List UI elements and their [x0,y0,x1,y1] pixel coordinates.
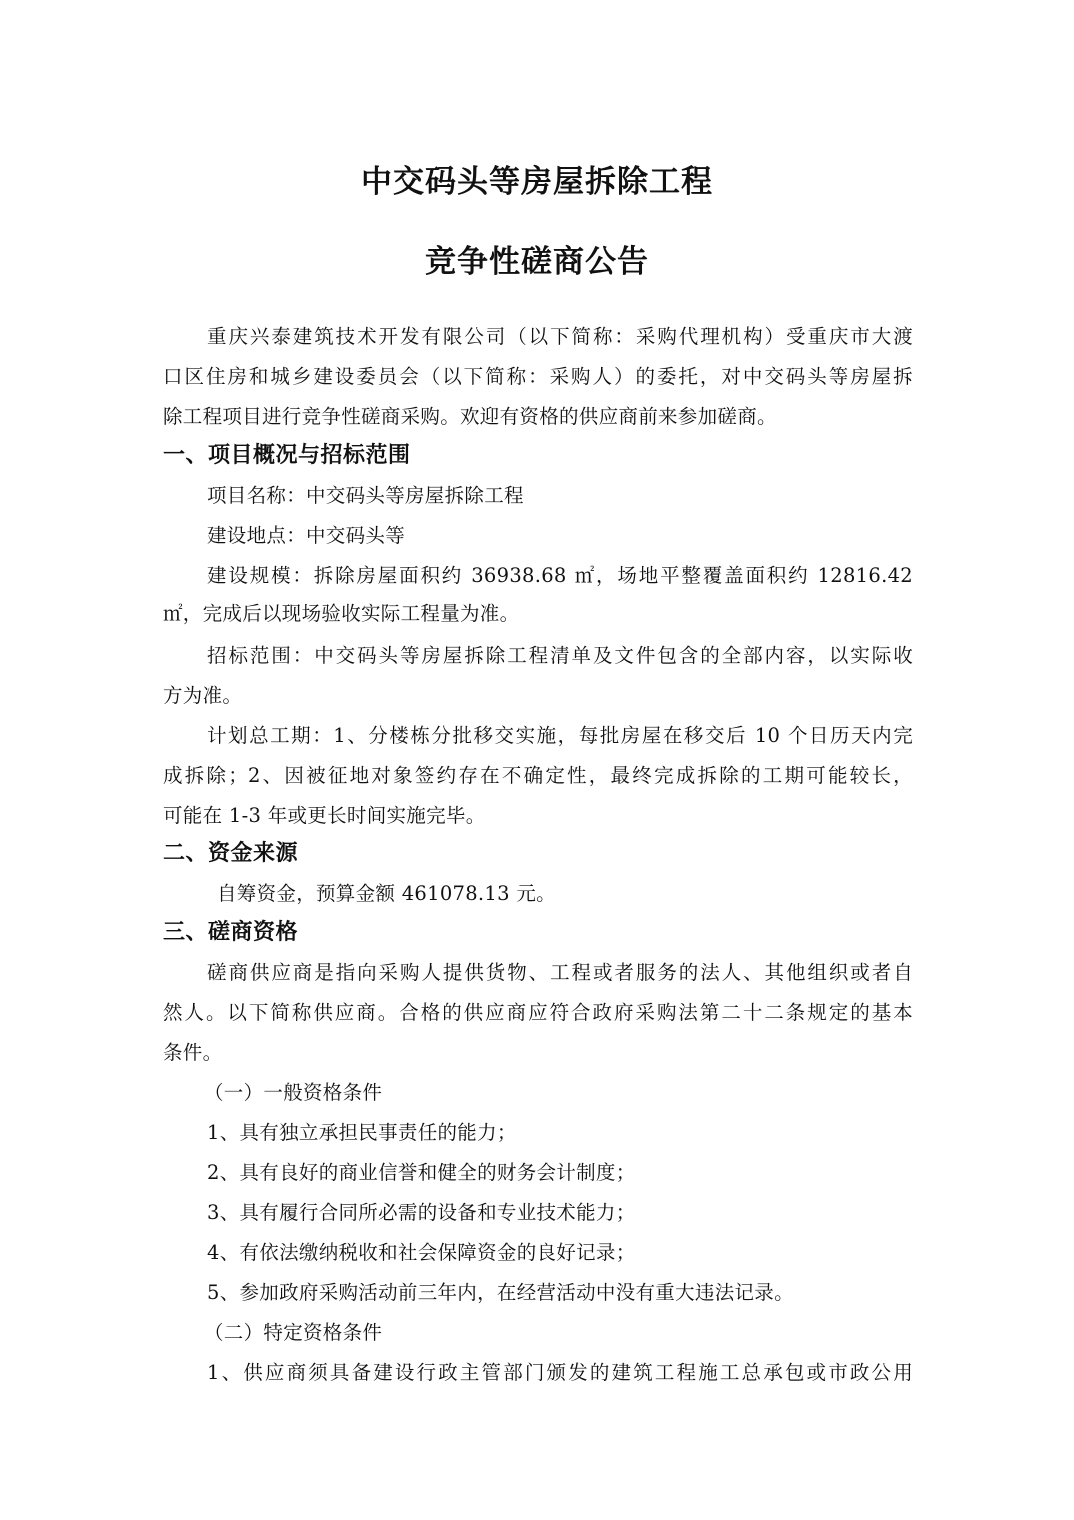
funding-text: 自筹资金，预算金额 461078.13 元。 [217,880,977,908]
qualification-intro-line: 然人。以下简称供应商。合格的供应商应符合政府采购法第二十二条规定的基本 [163,999,913,1027]
specific-qualification-item: 1、供应商须具备建设行政主管部门颁发的建筑工程施工总承包或市政公用 [207,1359,913,1387]
project-period-line: 计划总工期：1、分楼栋分批移交实施，每批房屋在移交后 10 个日历天内完 [207,722,913,750]
general-qualification-item: 3、具有履行合同所必需的设备和专业技术能力； [207,1199,967,1227]
project-location: 建设地点：中交码头等 [207,522,967,550]
document-page: 中交码头等房屋拆除工程 竞争性磋商公告 重庆兴泰建筑技术开发有限公司（以下简称：… [0,0,1074,1520]
project-period-line: 可能在 1-3 年或更长时间实施完毕。 [163,802,923,830]
general-qualification-item: 2、具有良好的商业信誉和健全的财务会计制度； [207,1159,967,1187]
qualification-intro-line: 条件。 [163,1039,923,1067]
project-period-line: 成拆除；2、因被征地对象签约存在不确定性，最终完成拆除的工期可能较长， [163,762,913,790]
document-subtitle: 竞争性磋商公告 [0,242,1074,282]
project-scale-line: 建设规模：拆除房屋面积约 36938.68 ㎡，场地平整覆盖面积约 12816.… [207,562,913,590]
document-title: 中交码头等房屋拆除工程 [0,162,1074,202]
section-heading-qualification: 三、磋商资格 [163,918,298,948]
intro-paragraph-line: 除工程项目进行竞争性磋商采购。欢迎有资格的供应商前来参加磋商。 [163,403,923,431]
intro-paragraph-line: 口区住房和城乡建设委员会（以下简称：采购人）的委托，对中交码头等房屋拆 [163,363,913,391]
project-name: 项目名称：中交码头等房屋拆除工程 [207,482,967,510]
specific-qualification-heading: （二）特定资格条件 [204,1319,964,1347]
section-heading-overview: 一、项目概况与招标范围 [163,441,411,471]
section-heading-funding: 二、资金来源 [163,839,298,869]
qualification-intro-line: 磋商供应商是指向采购人提供货物、工程或者服务的法人、其他组织或者自 [207,959,913,987]
intro-paragraph-line: 重庆兴泰建筑技术开发有限公司（以下简称：采购代理机构）受重庆市大渡 [207,323,913,351]
general-qualification-heading: （一）一般资格条件 [204,1079,964,1107]
general-qualification-item: 1、具有独立承担民事责任的能力； [207,1119,967,1147]
project-scope-line: 招标范围：中交码头等房屋拆除工程清单及文件包含的全部内容，以实际收 [207,642,913,670]
general-qualification-item: 5、参加政府采购活动前三年内，在经营活动中没有重大违法记录。 [207,1279,967,1307]
project-scale-line: ㎡，完成后以现场验收实际工程量为准。 [163,600,923,628]
general-qualification-item: 4、有依法缴纳税收和社会保障资金的良好记录； [207,1239,967,1267]
project-scope-line: 方为准。 [163,682,923,710]
